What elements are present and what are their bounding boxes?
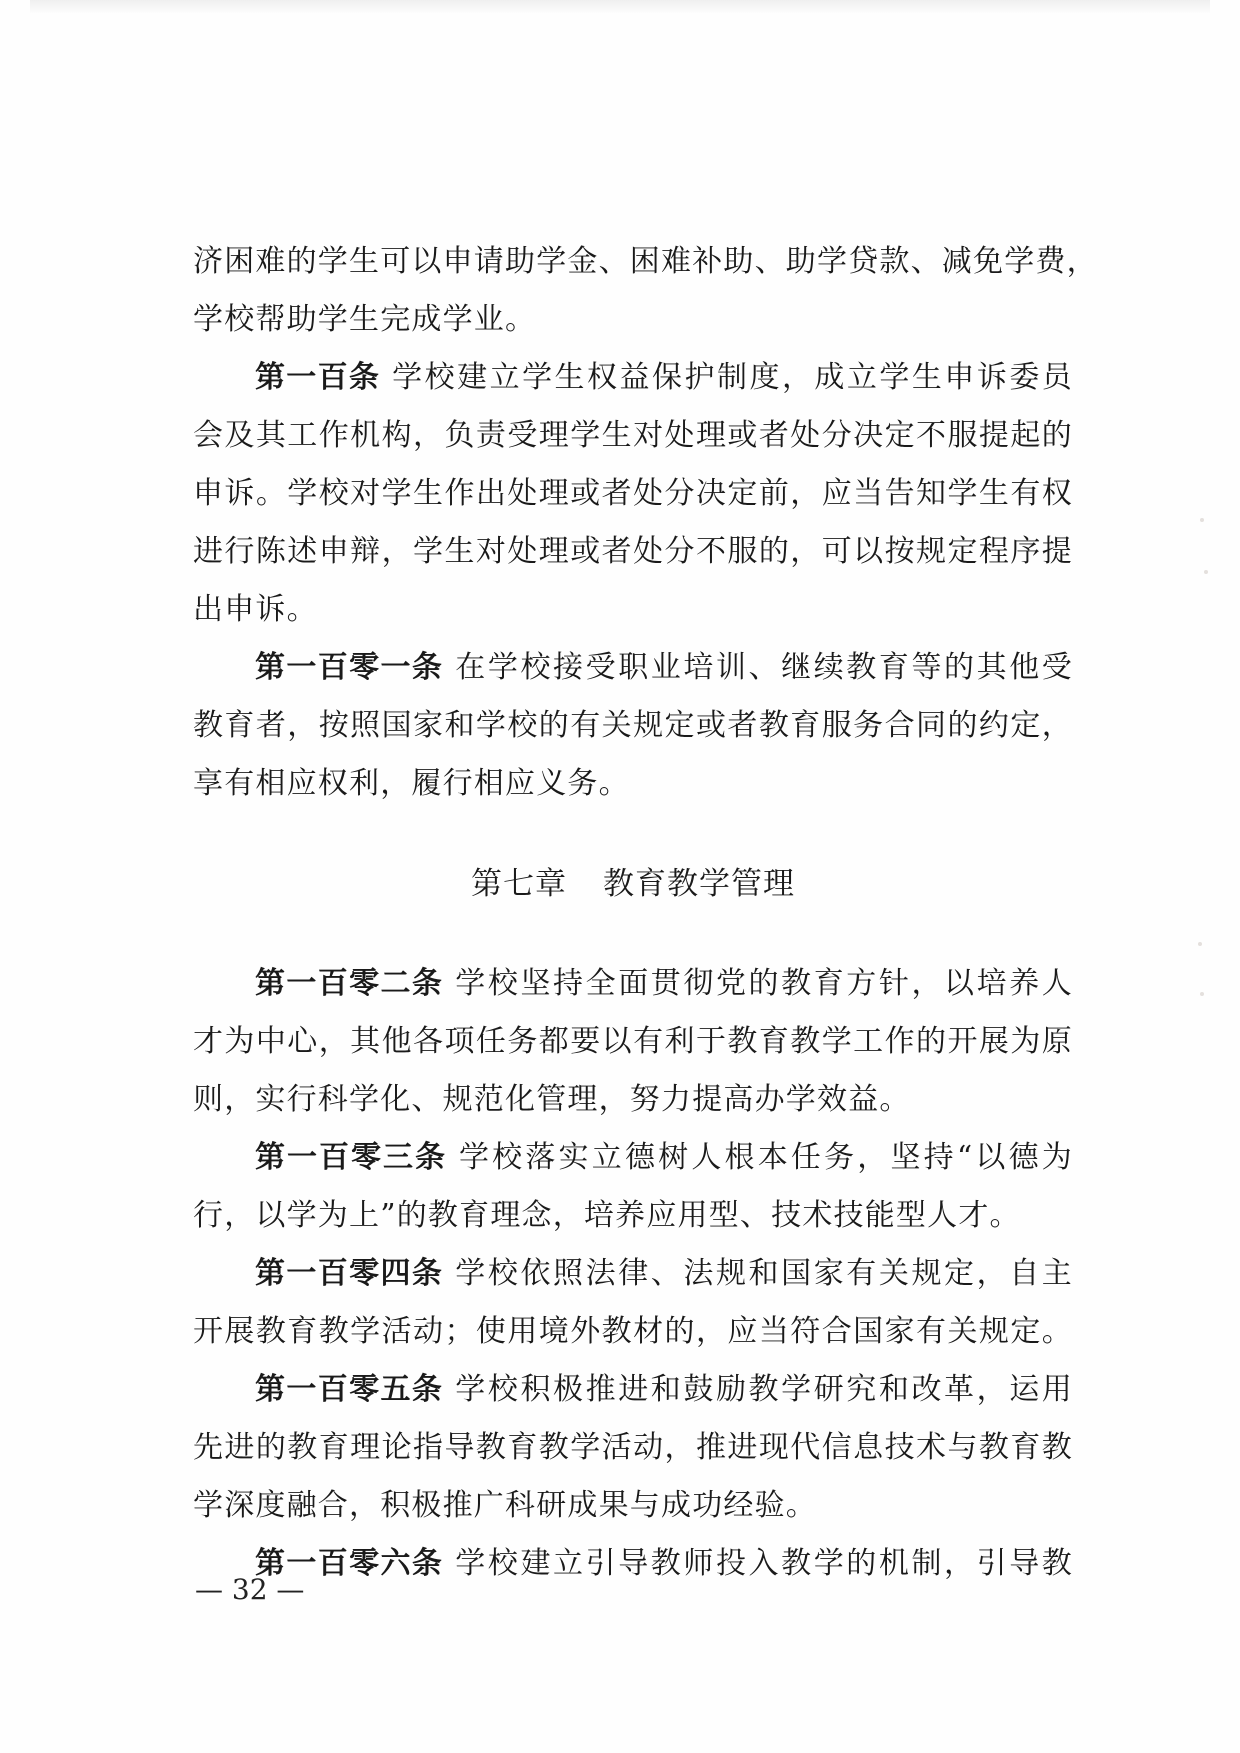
article-100-first-line: 第一百条学校建立学生权益保护制度，成立学生申诉委员	[193, 349, 1073, 407]
paragraph-line: 进行陈述申辩，学生对处理或者处分不服的，可以按规定程序提	[193, 523, 1073, 581]
paragraph-line: 出申诉。	[193, 581, 1073, 639]
article-106-first-line: 第一百零六条学校建立引导教师投入教学的机制，引导教	[193, 1535, 1073, 1593]
paragraph-line: 教育者，按照国家和学校的有关规定或者教育服务合同的约定，	[193, 697, 1073, 755]
article-number: 第一百零一条	[255, 650, 443, 685]
article-text: 学校建立学生权益保护制度，成立学生申诉委员	[392, 360, 1073, 395]
scan-speck	[1200, 992, 1204, 996]
paragraph-line: 申诉。学校对学生作出处理或者处分决定前，应当告知学生有权	[193, 465, 1073, 523]
article-number: 第一百条	[255, 360, 380, 395]
article-text: 学校落实立德树人根本任务，坚持“以德为	[459, 1140, 1073, 1175]
scan-bleed-through	[30, 0, 1210, 14]
chapter-title: 教育教学管理	[603, 866, 795, 902]
paragraph-line: 会及其工作机构，负责受理学生对处理或者处分决定不服提起的	[193, 407, 1073, 465]
article-number: 第一百零四条	[255, 1256, 443, 1291]
paragraph-line: 学深度融合，积极推广科研成果与成功经验。	[193, 1477, 1073, 1535]
document-body: 济困难的学生可以申请助学金、困难补助、助学贷款、减免学费， 学校帮助学生完成学业…	[193, 233, 1073, 1593]
page-number: — 32 —	[195, 1570, 304, 1610]
article-number: 第一百零二条	[255, 966, 443, 1001]
article-101-first-line: 第一百零一条在学校接受职业培训、继续教育等的其他受	[193, 639, 1073, 697]
chapter-heading: 第七章教育教学管理	[193, 813, 1073, 955]
article-text: 学校建立引导教师投入教学的机制，引导教	[455, 1546, 1073, 1581]
article-102-first-line: 第一百零二条学校坚持全面贯彻党的教育方针，以培养人	[193, 955, 1073, 1013]
paragraph-line: 行，以学为上”的教育理念，培养应用型、技术技能型人才。	[193, 1187, 1073, 1245]
article-text: 学校依照法律、法规和国家有关规定，自主	[455, 1256, 1073, 1291]
scan-speck	[1198, 942, 1202, 946]
paragraph-line: 济困难的学生可以申请助学金、困难补助、助学贷款、减免学费，	[193, 233, 1073, 291]
paragraph-line: 学校帮助学生完成学业。	[193, 291, 1073, 349]
scan-speck	[1200, 518, 1204, 522]
article-text: 在学校接受职业培训、继续教育等的其他受	[455, 650, 1073, 685]
chapter-number: 第七章	[471, 866, 567, 902]
paragraph-line: 则，实行科学化、规范化管理，努力提高办学效益。	[193, 1071, 1073, 1129]
paragraph-line: 开展教育教学活动；使用境外教材的，应当符合国家有关规定。	[193, 1303, 1073, 1361]
scan-speck	[1204, 570, 1208, 574]
paragraph-line: 先进的教育理论指导教育教学活动，推进现代信息技术与教育教	[193, 1419, 1073, 1477]
article-number: 第一百零五条	[255, 1372, 443, 1407]
article-104-first-line: 第一百零四条学校依照法律、法规和国家有关规定，自主	[193, 1245, 1073, 1303]
article-text: 学校坚持全面贯彻党的教育方针，以培养人	[455, 966, 1073, 1001]
article-103-first-line: 第一百零三条学校落实立德树人根本任务，坚持“以德为	[193, 1129, 1073, 1187]
document-page: 济困难的学生可以申请助学金、困难补助、助学贷款、减免学费， 学校帮助学生完成学业…	[0, 0, 1240, 1753]
paragraph-line: 才为中心，其他各项任务都要以有利于教育教学工作的开展为原	[193, 1013, 1073, 1071]
paragraph-line: 享有相应权利，履行相应义务。	[193, 755, 1073, 813]
article-105-first-line: 第一百零五条学校积极推进和鼓励教学研究和改革，运用	[193, 1361, 1073, 1419]
article-number: 第一百零三条	[255, 1140, 447, 1175]
article-text: 学校积极推进和鼓励教学研究和改革，运用	[455, 1372, 1073, 1407]
